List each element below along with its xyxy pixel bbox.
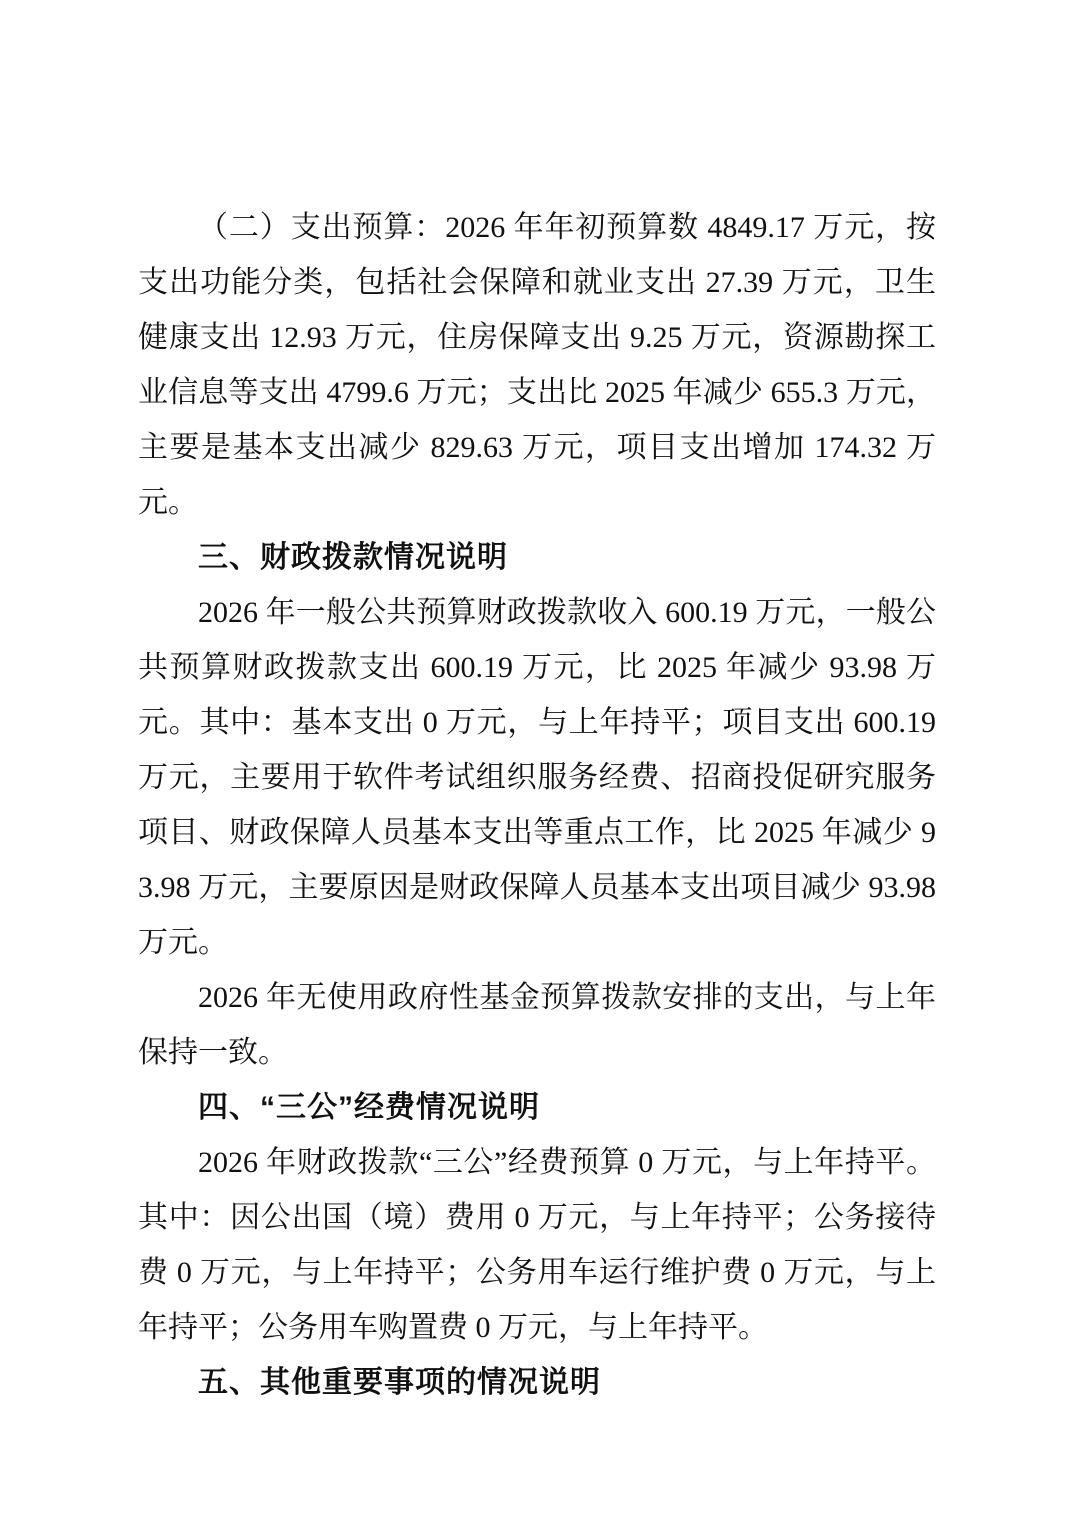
para-expenditure-budget-text: 2026 年年初预算数 4849.17 万元，按支出功能分类，包括社会保障和就业…	[138, 211, 936, 519]
para-government-fund-budget: 2026 年无使用政府性基金预算拨款安排的支出，与上年保持一致。	[138, 970, 936, 1080]
heading-section-four-three-public-expenses: 四、“三公”经费情况说明	[138, 1080, 936, 1135]
heading-section-five-other-important-matters: 五、其他重要事项的情况说明	[138, 1355, 936, 1410]
para-fiscal-appropriation-details: 2026 年一般公共预算财政拨款收入 600.19 万元，一般公共预算财政拨款支…	[138, 585, 936, 970]
heading-section-three-fiscal-appropriation: 三、财政拨款情况说明	[138, 530, 936, 585]
para-expenditure-budget-lead: （二）支出预算：	[198, 211, 445, 244]
document-page: （二）支出预算：2026 年年初预算数 4849.17 万元，按支出功能分类，包…	[0, 0, 1074, 1520]
para-three-public-expenses-details: 2026 年财政拨款“三公”经费预算 0 万元，与上年持平。其中：因公出国（境）…	[138, 1135, 936, 1355]
document-body: （二）支出预算：2026 年年初预算数 4849.17 万元，按支出功能分类，包…	[138, 200, 936, 1410]
para-expenditure-budget: （二）支出预算：2026 年年初预算数 4849.17 万元，按支出功能分类，包…	[138, 200, 936, 530]
